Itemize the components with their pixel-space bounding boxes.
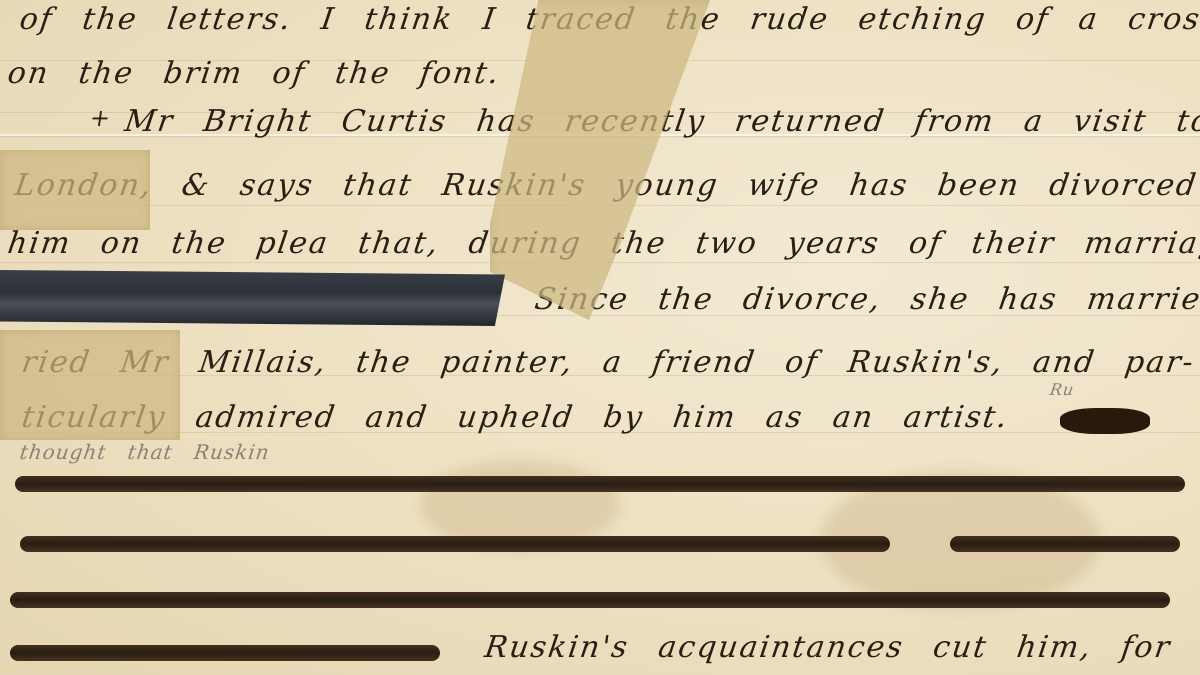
pencil-margin-note: Ru [1049, 380, 1076, 399]
black-tape-redaction [0, 270, 505, 326]
ink-strikethrough [20, 536, 890, 552]
letter-page: of the letters. I think I traced the rud… [0, 0, 1200, 675]
letter-line-7: ried Mr Millais, the painter, a friend o… [20, 345, 1198, 380]
ink-strikethrough [950, 536, 1180, 552]
letter-line-6: Since the divorce, she has married [533, 282, 1200, 317]
ink-strikethrough [10, 645, 440, 661]
ink-blot [1060, 408, 1150, 434]
insertion-mark: + [88, 104, 114, 132]
ink-strikethrough [10, 592, 1170, 608]
ink-strikethrough [15, 476, 1185, 492]
letter-line-2: on the brim of the font. [6, 56, 503, 91]
yellowed-tape [0, 150, 150, 230]
letter-line-9: Ruskin's acquaintances cut him, for [483, 630, 1174, 665]
yellowed-tape [0, 330, 180, 440]
pencil-annotation: thought that Ruskin [18, 440, 271, 464]
yellowed-tape-diagonal [490, 0, 710, 320]
